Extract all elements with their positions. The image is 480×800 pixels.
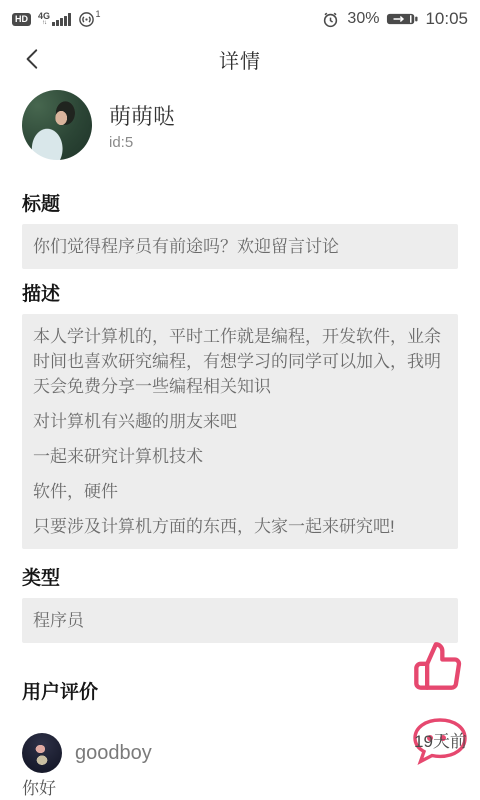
description-value-box: 本人学计算机的，平时工作就是编程，开发软件，业余时间也喜欢研究编程，有想学习的同…: [22, 314, 458, 549]
battery-percent-label: 30%: [347, 10, 379, 28]
author-name: 萌萌哒: [109, 100, 175, 131]
data-arrows-icon: ↑↓: [42, 21, 46, 26]
clock-label: 10:05: [425, 9, 468, 29]
network-type: 4G ↑↓: [38, 12, 50, 26]
battery-charging-icon: [386, 11, 418, 27]
hd-icon: HD: [12, 13, 31, 26]
title-section-label: 标题: [22, 195, 458, 215]
type-section-label: 类型: [22, 569, 458, 589]
description-paragraph: 对计算机有兴趣的朋友来吧: [33, 409, 447, 434]
section-description: 描述 本人学计算机的，平时工作就是编程，开发软件，业余时间也喜欢研究编程，有想学…: [22, 285, 458, 549]
reviews-section-label: 用户评价: [22, 683, 458, 703]
description-paragraph: 一起来研究计算机技术: [33, 444, 447, 469]
hotspot-count: 1: [96, 10, 101, 19]
app-screen: HD 4G ↑↓ 1: [0, 0, 480, 800]
description-paragraph: 本人学计算机的，平时工作就是编程，开发软件，业余时间也喜欢研究编程，有想学习的同…: [33, 324, 447, 399]
type-value-box: 程序员: [22, 598, 458, 643]
author-avatar[interactable]: [22, 90, 92, 160]
hotspot-icon: 1: [78, 11, 101, 28]
section-type: 类型 程序员: [22, 569, 458, 643]
alarm-clock-icon: [321, 10, 340, 29]
status-bar-left: HD 4G ↑↓ 1: [12, 11, 101, 28]
header: 详情: [0, 34, 480, 84]
status-bar-right: 30% 10:05: [321, 9, 468, 29]
like-button[interactable]: [412, 635, 464, 697]
author-profile: 萌萌哒 id:5: [22, 90, 458, 160]
comment-text: 你好: [22, 780, 458, 798]
description-section-label: 描述: [22, 285, 458, 305]
comment-timestamp: 19天前: [414, 727, 467, 752]
description-paragraph: 只要涉及计算机方面的东西，大家一起来研究吧!: [33, 514, 447, 539]
author-info: 萌萌哒 id:5: [109, 100, 175, 151]
section-reviews: 用户评价: [22, 683, 458, 703]
comment-row: goodboy: [22, 733, 458, 773]
status-bar: HD 4G ↑↓ 1: [0, 0, 480, 34]
back-button[interactable]: [20, 46, 46, 72]
commenter-name: goodboy: [75, 742, 152, 765]
commenter-avatar[interactable]: [22, 733, 62, 773]
title-value-box: 你们觉得程序员有前途吗？欢迎留言讨论: [22, 224, 458, 269]
signal-bars-icon: [52, 13, 71, 26]
author-id: id:5: [109, 134, 175, 151]
section-title: 标题 你们觉得程序员有前途吗？欢迎留言讨论: [22, 195, 458, 269]
description-paragraph: 软件，硬件: [33, 479, 447, 504]
thumbs-up-icon: [412, 635, 464, 697]
signal-4g-icon: 4G ↑↓: [38, 12, 71, 26]
page-title: 详情: [219, 45, 261, 74]
